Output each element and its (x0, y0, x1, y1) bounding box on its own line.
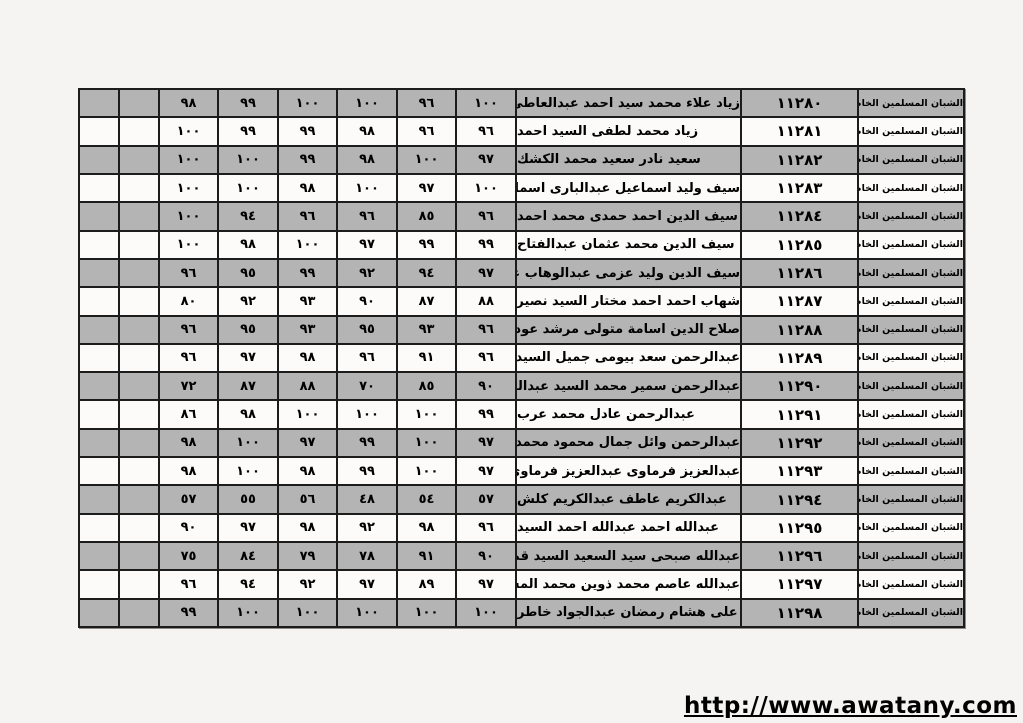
blank-cell-1 (79, 457, 119, 485)
grade-cell-5: ٩٧ (397, 174, 456, 202)
grade-cell-3: ١٠٠ (278, 231, 337, 259)
grade-cell-1: ٨٠ (159, 287, 218, 315)
table-row: ٩٦ ٩٧ ٩٨ ٩٦ ٩١ ٩٦ عبدالرحمن سعد بيومى جم… (79, 344, 964, 372)
grade-cell-3: ٩٣ (278, 287, 337, 315)
grade-cell-4: ٧٨ (337, 542, 397, 570)
grade-cell-1: ١٠٠ (159, 146, 218, 174)
grade-cell-2: ٨٧ (218, 372, 278, 400)
seat-number-cell: ١١٢٨٥ (741, 231, 858, 259)
school-name-cell: الشبان المسلمين الخاصة (858, 259, 964, 287)
grade-cell-6: ٨٨ (456, 287, 516, 315)
grade-cell-4: ٩٦ (337, 202, 397, 230)
school-name-cell: الشبان المسلمين الخاصة (858, 429, 964, 457)
school-name-cell: الشبان المسلمين الخاصة (858, 372, 964, 400)
grade-cell-1: ٩٦ (159, 344, 218, 372)
grade-cell-3: ٩٩ (278, 117, 337, 145)
grade-cell-1: ١٠٠ (159, 174, 218, 202)
grade-cell-5: ٨٥ (397, 372, 456, 400)
seat-number-cell: ١١٢٨١ (741, 117, 858, 145)
grade-cell-3: ٩٢ (278, 570, 337, 598)
grade-cell-3: ٧٩ (278, 542, 337, 570)
grade-cell-4: ١٠٠ (337, 89, 397, 117)
table-row: ٩٨ ١٠٠ ٩٨ ٩٩ ١٠٠ ٩٧ عبدالعزيز فرماوى عبد… (79, 457, 964, 485)
table-row: ١٠٠ ٩٤ ٩٦ ٩٦ ٨٥ ٩٦ سيف الدين احمد حمدى م… (79, 202, 964, 230)
grade-cell-1: ٩٨ (159, 89, 218, 117)
results-table-body: ٩٨ ٩٩ ١٠٠ ١٠٠ ٩٦ ١٠٠ زياد علاء محمد سيد … (79, 89, 964, 627)
grade-cell-4: ٩٩ (337, 457, 397, 485)
grade-cell-5: ٨٩ (397, 570, 456, 598)
school-name-cell: الشبان المسلمين الخاصة (858, 514, 964, 542)
grade-cell-2: ٨٤ (218, 542, 278, 570)
seat-number-cell: ١١٢٨٩ (741, 344, 858, 372)
grade-cell-3: ٩٨ (278, 514, 337, 542)
school-name-cell: الشبان المسلمين الخاصة (858, 457, 964, 485)
student-name-cell: سيف الدين وليد عزمى عبدالوهاب عويس (516, 259, 741, 287)
grade-cell-6: ٩٧ (456, 146, 516, 174)
blank-cell-1 (79, 117, 119, 145)
grade-cell-1: ١٠٠ (159, 202, 218, 230)
student-name-cell: عبدالله عاصم محمد ذوين محمد المسيرى (516, 570, 741, 598)
grade-cell-5: ١٠٠ (397, 429, 456, 457)
table-row: ٩٨ ٩٩ ١٠٠ ١٠٠ ٩٦ ١٠٠ زياد علاء محمد سيد … (79, 89, 964, 117)
blank-cell-1 (79, 514, 119, 542)
grade-cell-5: ٨٥ (397, 202, 456, 230)
grade-cell-2: ١٠٠ (218, 457, 278, 485)
school-name-cell: الشبان المسلمين الخاصة (858, 202, 964, 230)
page-background: { "page": { "background_color": "#f5f4f2… (0, 0, 1023, 723)
table-row: ١٠٠ ١٠٠ ٩٨ ١٠٠ ٩٧ ١٠٠ سيف وليد اسماعيل ع… (79, 174, 964, 202)
seat-number-cell: ١١٢٨٤ (741, 202, 858, 230)
grade-cell-6: ٩٦ (456, 514, 516, 542)
seat-number-cell: ١١٢٩٧ (741, 570, 858, 598)
blank-cell-2 (119, 400, 159, 428)
grade-cell-1: ٥٧ (159, 485, 218, 513)
seat-number-cell: ١١٢٩٣ (741, 457, 858, 485)
grade-cell-4: ١٠٠ (337, 599, 397, 627)
grade-cell-5: ٨٧ (397, 287, 456, 315)
seat-number-cell: ١١٢٨٠ (741, 89, 858, 117)
grade-cell-6: ٩٧ (456, 570, 516, 598)
grade-cell-2: ٩٢ (218, 287, 278, 315)
blank-cell-2 (119, 231, 159, 259)
grade-cell-5: ١٠٠ (397, 599, 456, 627)
school-name-cell: الشبان المسلمين الخاصة (858, 599, 964, 627)
school-name-cell: الشبان المسلمين الخاصة (858, 89, 964, 117)
grade-cell-4: ٤٨ (337, 485, 397, 513)
grade-cell-5: ١٠٠ (397, 146, 456, 174)
grade-cell-2: ٩٨ (218, 231, 278, 259)
blank-cell-2 (119, 542, 159, 570)
grade-cell-3: ١٠٠ (278, 599, 337, 627)
grade-cell-5: ١٠٠ (397, 400, 456, 428)
table-row: ١٠٠ ٩٨ ١٠٠ ٩٧ ٩٩ ٩٩ سيف الدين محمد عثمان… (79, 231, 964, 259)
table-row: ١٠٠ ٩٩ ٩٩ ٩٨ ٩٦ ٩٦ زياد محمد لطفى السيد … (79, 117, 964, 145)
table-row: ٨٦ ٩٨ ١٠٠ ١٠٠ ١٠٠ ٩٩ عبدالرحمن عادل محمد… (79, 400, 964, 428)
table-row: ٧٢ ٨٧ ٨٨ ٧٠ ٨٥ ٩٠ عبدالرحمن سمير محمد ال… (79, 372, 964, 400)
grade-cell-6: ٩٩ (456, 231, 516, 259)
seat-number-cell: ١١٢٨٧ (741, 287, 858, 315)
grade-cell-2: ٩٩ (218, 89, 278, 117)
seat-number-cell: ١١٢٨٣ (741, 174, 858, 202)
seat-number-cell: ١١٢٩٢ (741, 429, 858, 457)
school-name-cell: الشبان المسلمين الخاصة (858, 231, 964, 259)
blank-cell-2 (119, 372, 159, 400)
table-row: ٨٠ ٩٢ ٩٣ ٩٠ ٨٧ ٨٨ شهاب احمد احمد مختار ا… (79, 287, 964, 315)
school-name-cell: الشبان المسلمين الخاصة (858, 344, 964, 372)
blank-cell-1 (79, 174, 119, 202)
seat-number-cell: ١١٢٩٥ (741, 514, 858, 542)
blank-cell-2 (119, 174, 159, 202)
blank-cell-2 (119, 514, 159, 542)
school-name-cell: الشبان المسلمين الخاصة (858, 400, 964, 428)
grade-cell-6: ١٠٠ (456, 174, 516, 202)
blank-cell-1 (79, 485, 119, 513)
blank-cell-1 (79, 259, 119, 287)
blank-cell-1 (79, 542, 119, 570)
blank-cell-2 (119, 89, 159, 117)
grade-cell-3: ٨٨ (278, 372, 337, 400)
table-row: ٩٦ ٩٤ ٩٢ ٩٧ ٨٩ ٩٧ عبدالله عاصم محمد ذوين… (79, 570, 964, 598)
student-name-cell: سيف الدين محمد عثمان عبدالفتاح (516, 231, 741, 259)
seat-number-cell: ١١٢٩٦ (741, 542, 858, 570)
grade-cell-2: ١٠٠ (218, 146, 278, 174)
seat-number-cell: ١١٢٩٨ (741, 599, 858, 627)
blank-cell-2 (119, 599, 159, 627)
grade-cell-1: ٩٦ (159, 570, 218, 598)
blank-cell-2 (119, 316, 159, 344)
student-name-cell: سيف الدين احمد حمدى محمد احمد (516, 202, 741, 230)
student-name-cell: زياد علاء محمد سيد احمد عبدالعاطى (516, 89, 741, 117)
grade-cell-2: ٩٧ (218, 344, 278, 372)
blank-cell-1 (79, 570, 119, 598)
grade-cell-5: ٩٤ (397, 259, 456, 287)
grade-cell-6: ١٠٠ (456, 599, 516, 627)
student-name-cell: على هشام رمضان عبدالجواد خاطر (516, 599, 741, 627)
grade-cell-4: ٩٨ (337, 117, 397, 145)
school-name-cell: الشبان المسلمين الخاصة (858, 316, 964, 344)
grade-cell-2: ٩٧ (218, 514, 278, 542)
grade-cell-6: ٩٦ (456, 202, 516, 230)
seat-number-cell: ١١٢٩١ (741, 400, 858, 428)
grade-cell-6: ٩٦ (456, 344, 516, 372)
student-name-cell: زياد محمد لطفى السيد احمد (516, 117, 741, 145)
grade-cell-2: ٩٥ (218, 259, 278, 287)
student-name-cell: عبدالرحمن سعد بيومى جميل السيد (516, 344, 741, 372)
student-name-cell: عبدالعزيز فرماوى عبدالعزيز فرماوى (516, 457, 741, 485)
grade-cell-6: ١٠٠ (456, 89, 516, 117)
blank-cell-2 (119, 117, 159, 145)
grade-cell-3: ١٠٠ (278, 400, 337, 428)
seat-number-cell: ١١٢٨٢ (741, 146, 858, 174)
seat-number-cell: ١١٢٨٨ (741, 316, 858, 344)
grade-cell-5: ٩١ (397, 542, 456, 570)
student-name-cell: عبدالله صبحى سيد السعيد السيد قمر (516, 542, 741, 570)
grade-cell-5: ٩٦ (397, 89, 456, 117)
student-name-cell: عبدالله احمد عبدالله احمد السيد (516, 514, 741, 542)
grade-cell-6: ٩٦ (456, 316, 516, 344)
school-name-cell: الشبان المسلمين الخاصة (858, 570, 964, 598)
grade-cell-1: ٨٦ (159, 400, 218, 428)
school-name-cell: الشبان المسلمين الخاصة (858, 174, 964, 202)
table-row: ١٠٠ ١٠٠ ٩٩ ٩٨ ١٠٠ ٩٧ سعيد نادر سعيد محمد… (79, 146, 964, 174)
exam-results-table: ٩٨ ٩٩ ١٠٠ ١٠٠ ٩٦ ١٠٠ زياد علاء محمد سيد … (78, 88, 965, 628)
school-name-cell: الشبان المسلمين الخاصة (858, 146, 964, 174)
grade-cell-5: ٩٦ (397, 117, 456, 145)
grade-cell-3: ٩٨ (278, 457, 337, 485)
grade-cell-3: ٩٣ (278, 316, 337, 344)
table-row: ٩٦ ٩٥ ٩٩ ٩٢ ٩٤ ٩٧ سيف الدين وليد عزمى عب… (79, 259, 964, 287)
grade-cell-4: ١٠٠ (337, 174, 397, 202)
grade-cell-1: ٩٩ (159, 599, 218, 627)
blank-cell-1 (79, 202, 119, 230)
grade-cell-3: ٩٩ (278, 146, 337, 174)
grade-cell-4: ٩٧ (337, 570, 397, 598)
grade-cell-4: ٩٩ (337, 429, 397, 457)
grade-cell-2: ١٠٠ (218, 429, 278, 457)
grade-cell-5: ٩١ (397, 344, 456, 372)
student-name-cell: عبدالرحمن وائل جمال محمود محمد (516, 429, 741, 457)
grade-cell-1: ٩٠ (159, 514, 218, 542)
grade-cell-6: ٩٠ (456, 372, 516, 400)
blank-cell-1 (79, 400, 119, 428)
blank-cell-1 (79, 429, 119, 457)
blank-cell-2 (119, 570, 159, 598)
grade-cell-4: ٩٢ (337, 259, 397, 287)
student-name-cell: عبدالكريم عاطف عبدالكريم كلش (516, 485, 741, 513)
grade-cell-6: ٥٧ (456, 485, 516, 513)
grade-cell-2: ٩٩ (218, 117, 278, 145)
blank-cell-2 (119, 344, 159, 372)
grade-cell-5: ١٠٠ (397, 457, 456, 485)
grade-cell-4: ٩٧ (337, 231, 397, 259)
student-name-cell: سعيد نادر سعيد محمد الكشك (516, 146, 741, 174)
grade-cell-2: ٩٥ (218, 316, 278, 344)
grade-cell-6: ٩٧ (456, 259, 516, 287)
school-name-cell: الشبان المسلمين الخاصة (858, 485, 964, 513)
grade-cell-1: ٧٥ (159, 542, 218, 570)
grade-cell-1: ٩٦ (159, 316, 218, 344)
blank-cell-2 (119, 259, 159, 287)
site-url-link[interactable]: http://www.awatany.com (684, 693, 1017, 719)
grade-cell-6: ٩٩ (456, 400, 516, 428)
grade-cell-6: ٩٦ (456, 117, 516, 145)
blank-cell-2 (119, 485, 159, 513)
grade-cell-1: ١٠٠ (159, 117, 218, 145)
grade-cell-4: ٧٠ (337, 372, 397, 400)
grade-cell-4: ٩٢ (337, 514, 397, 542)
school-name-cell: الشبان المسلمين الخاصة (858, 117, 964, 145)
blank-cell-1 (79, 231, 119, 259)
grade-cell-5: ٩٨ (397, 514, 456, 542)
blank-cell-1 (79, 372, 119, 400)
table-row: ٩٦ ٩٥ ٩٣ ٩٥ ٩٣ ٩٦ صلاح الدين اسامة متولى… (79, 316, 964, 344)
grade-cell-6: ٩٧ (456, 457, 516, 485)
grade-cell-2: ٩٤ (218, 202, 278, 230)
grade-cell-1: ٧٢ (159, 372, 218, 400)
blank-cell-1 (79, 344, 119, 372)
student-name-cell: سيف وليد اسماعيل عبدالبارى اسماعيل (516, 174, 741, 202)
grade-cell-1: ٩٨ (159, 429, 218, 457)
grade-cell-2: ١٠٠ (218, 599, 278, 627)
grade-cell-2: ١٠٠ (218, 174, 278, 202)
table-row: ٩٠ ٩٧ ٩٨ ٩٢ ٩٨ ٩٦ عبدالله احمد عبدالله ا… (79, 514, 964, 542)
grade-cell-4: ٩٥ (337, 316, 397, 344)
student-name-cell: صلاح الدين اسامة متولى مرشد عودة (516, 316, 741, 344)
blank-cell-2 (119, 146, 159, 174)
grade-cell-4: ١٠٠ (337, 400, 397, 428)
seat-number-cell: ١١٢٩٤ (741, 485, 858, 513)
blank-cell-1 (79, 287, 119, 315)
grade-cell-2: ٥٥ (218, 485, 278, 513)
grade-cell-4: ٩٠ (337, 287, 397, 315)
seat-number-cell: ١١٢٨٦ (741, 259, 858, 287)
grade-cell-5: ٩٩ (397, 231, 456, 259)
table-row: ٥٧ ٥٥ ٥٦ ٤٨ ٥٤ ٥٧ عبدالكريم عاطف عبدالكر… (79, 485, 964, 513)
blank-cell-2 (119, 429, 159, 457)
grade-cell-4: ٩٨ (337, 146, 397, 174)
table-row: ٧٥ ٨٤ ٧٩ ٧٨ ٩١ ٩٠ عبدالله صبحى سيد السعي… (79, 542, 964, 570)
grade-cell-3: ٩٨ (278, 174, 337, 202)
seat-number-cell: ١١٢٩٠ (741, 372, 858, 400)
blank-cell-1 (79, 316, 119, 344)
grade-cell-2: ٩٨ (218, 400, 278, 428)
blank-cell-1 (79, 599, 119, 627)
grade-cell-3: ٩٦ (278, 202, 337, 230)
grade-cell-3: ٩٩ (278, 259, 337, 287)
grade-cell-2: ٩٤ (218, 570, 278, 598)
grade-cell-6: ٩٠ (456, 542, 516, 570)
table-row: ٩٩ ١٠٠ ١٠٠ ١٠٠ ١٠٠ ١٠٠ على هشام رمضان عب… (79, 599, 964, 627)
grade-cell-3: ٥٦ (278, 485, 337, 513)
grade-cell-1: ١٠٠ (159, 231, 218, 259)
student-name-cell: شهاب احمد احمد مختار السيد نصير (516, 287, 741, 315)
grade-cell-5: ٥٤ (397, 485, 456, 513)
school-name-cell: الشبان المسلمين الخاصة (858, 542, 964, 570)
grade-cell-5: ٩٣ (397, 316, 456, 344)
blank-cell-2 (119, 457, 159, 485)
grade-cell-3: ٩٧ (278, 429, 337, 457)
grade-cell-1: ٩٦ (159, 259, 218, 287)
student-name-cell: عبدالرحمن سمير محمد السيد عبدالرحمن (516, 372, 741, 400)
grade-cell-1: ٩٨ (159, 457, 218, 485)
blank-cell-1 (79, 146, 119, 174)
student-name-cell: عبدالرحمن عادل محمد عرب (516, 400, 741, 428)
blank-cell-2 (119, 287, 159, 315)
blank-cell-1 (79, 89, 119, 117)
blank-cell-2 (119, 202, 159, 230)
grade-cell-3: ٩٨ (278, 344, 337, 372)
grade-cell-6: ٩٧ (456, 429, 516, 457)
grade-cell-4: ٩٦ (337, 344, 397, 372)
table-row: ٩٨ ١٠٠ ٩٧ ٩٩ ١٠٠ ٩٧ عبدالرحمن وائل جمال … (79, 429, 964, 457)
grade-cell-3: ١٠٠ (278, 89, 337, 117)
school-name-cell: الشبان المسلمين الخاصة (858, 287, 964, 315)
